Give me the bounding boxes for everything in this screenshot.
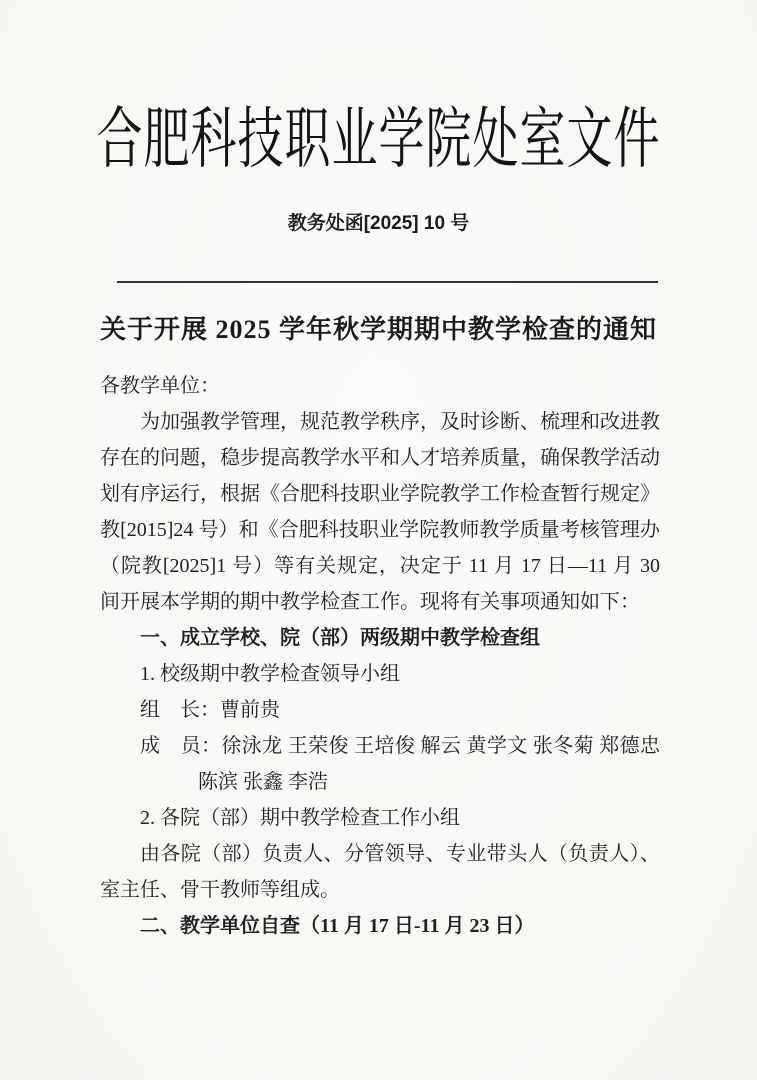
item-1-heading: 1. 校级期中教学检查领导小组 xyxy=(100,656,660,692)
group-leader-line: 组 长：曹前贵 xyxy=(100,692,660,728)
workgroup-line: 由各院（部）负责人、分管领导、专业带头人（负责人）、教研 xyxy=(100,836,660,872)
letterhead: 合肥科技职业学院处室文件 xyxy=(0,86,757,152)
salutation-line: 各教学单位： xyxy=(100,368,660,404)
document-page: 合肥科技职业学院处室文件 教务处函[2025] 10 号 关于开展 2025 学… xyxy=(0,0,757,1080)
org-title: 合肥科技职业学院处室文件 xyxy=(97,86,661,182)
body-line: 存在的问题，稳步提高教学水平和人才培养质量，确保教学活动按计 xyxy=(100,440,660,476)
body-line: 教[2015]24 号）和《合肥科技职业学院教师教学质量考核管理办法》 xyxy=(100,512,660,548)
item-2-heading: 2. 各院（部）期中教学检查工作小组 xyxy=(100,800,660,836)
body-line: 划有序运行，根据《合肥科技职业学院教学工作检查暂行规定》（院 xyxy=(100,476,660,512)
section-2-heading: 二、教学单位自查（11 月 17 日-11 月 23 日） xyxy=(100,908,660,944)
body-line: 间开展本学期的期中教学检查工作。现将有关事项通知如下： xyxy=(100,584,660,620)
section-1-heading: 一、成立学校、院（部）两级期中教学检查组 xyxy=(100,620,660,656)
body-line: （院教[2025]1 号）等有关规定，决定于 11 月 17 日—11 月 30… xyxy=(100,548,660,584)
workgroup-continuation: 室主任、骨干教师等组成。 xyxy=(100,872,660,908)
doc-number: 教务处函[2025] 10 号 xyxy=(0,208,757,235)
body-line: 为加强教学管理，规范教学秩序，及时诊断、梳理和改进教学中 xyxy=(100,404,660,440)
notice-title: 关于开展 2025 学年秋学期期中教学检查的通知 xyxy=(0,309,757,346)
group-members-continuation: 陈滨 张鑫 李浩 xyxy=(100,764,660,800)
group-members-line: 成 员：徐泳龙 王荣俊 王培俊 解云 黄学文 张冬菊 郑德忠 xyxy=(100,728,660,764)
notice-body: 各教学单位： 为加强教学管理，规范教学秩序，及时诊断、梳理和改进教学中 存在的问… xyxy=(100,368,660,944)
header-divider-rule xyxy=(117,281,658,283)
